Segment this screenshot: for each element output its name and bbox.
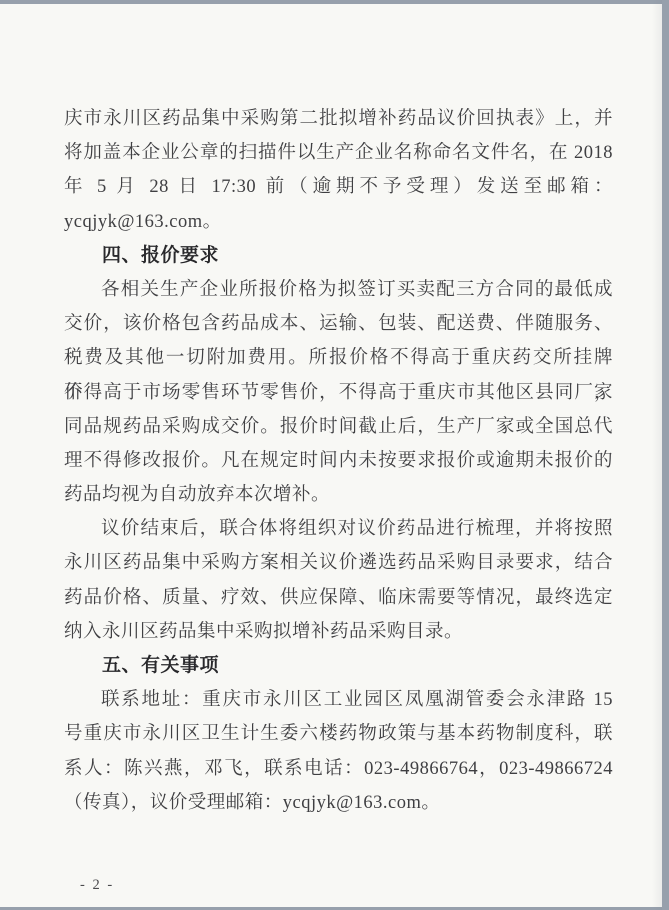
scanned-document-page: { "scan": { "page_background": "#f8f8f5"…: [0, 0, 669, 910]
section-heading-quote-requirements: 四、报价要求: [64, 239, 613, 273]
doc-line-fax-email: （传真），议价受理邮箱：ycqjyk@163.com。: [64, 786, 613, 820]
doc-line-deadline: 年 5 月 28 日 17:30 前（逾期不予受理）发送至邮箱：: [64, 170, 613, 204]
doc-line: 理不得修改报价。凡在规定时间内未按要求报价或逾期未报价的: [64, 444, 613, 478]
doc-line-address: 联系地址：重庆市永川区工业园区凤凰湖管委会永津路 15: [64, 683, 613, 717]
doc-line: 各相关生产企业所报价格为拟签订买卖配三方合同的最低成: [64, 273, 613, 307]
doc-line: 药品价格、质量、疗效、供应保障、临床需要等情况，最终选定: [64, 581, 613, 615]
doc-line: 不得高于市场零售环节零售价，不得高于重庆市其他区县同厂家: [64, 376, 613, 410]
paper-edge-shadow: [652, 0, 662, 910]
doc-line: 永川区药品集中采购方案相关议价遴选药品采购目录要求，结合: [64, 546, 613, 580]
doc-line-email: ycqjyk@163.com。: [64, 205, 613, 239]
page-number: - 2 -: [80, 877, 114, 894]
doc-line-phones: 系人：陈兴燕，邓飞，联系电话：023-49866764，023-49866724: [64, 752, 613, 786]
doc-line: 议价结束后，联合体将组织对议价药品进行梳理，并将按照: [64, 512, 613, 546]
section-heading-related-matters: 五、有关事项: [64, 649, 613, 683]
scan-edge-top: [0, 0, 669, 4]
doc-line: 税费及其他一切附加费用。所报价格不得高于重庆药交所挂牌价，: [64, 341, 613, 375]
doc-line: 将加盖本企业公章的扫描件以生产企业名称命名文件名，在 2018: [64, 136, 613, 170]
document-body: 庆市永川区药品集中采购第二批拟增补药品议价回执表》上，并 将加盖本企业公章的扫描…: [64, 102, 613, 820]
doc-line: 交价，该价格包含药品成本、运输、包装、配送费、伴随服务、: [64, 307, 613, 341]
doc-line: 庆市永川区药品集中采购第二批拟增补药品议价回执表》上，并: [64, 102, 613, 136]
scan-edge-right: [662, 0, 669, 910]
doc-line: 同品规药品采购成交价。报价时间截止后，生产厂家或全国总代: [64, 410, 613, 444]
doc-line: 药品均视为自动放弃本次增补。: [64, 478, 613, 512]
doc-line: 号重庆市永川区卫生计生委六楼药物政策与基本药物制度科，联: [64, 717, 613, 751]
doc-line: 纳入永川区药品集中采购拟增补药品采购目录。: [64, 615, 613, 649]
